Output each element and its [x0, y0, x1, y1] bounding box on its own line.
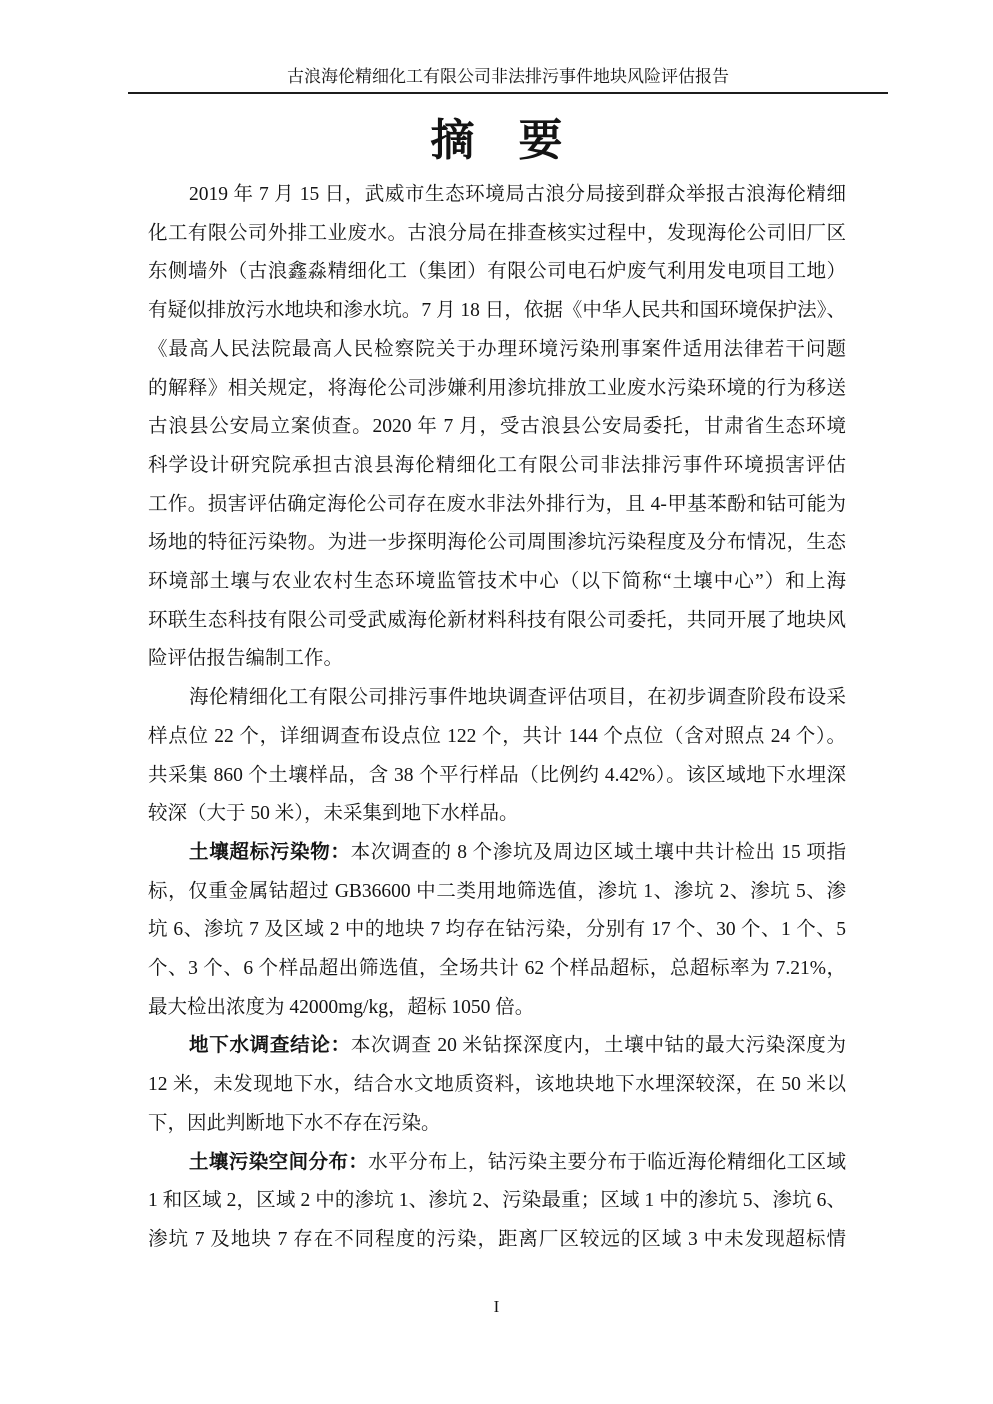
paragraph-lead-rest: 本次调查的 8 个渗坑及周边区域土壤中共计检出 15 项指 — [351, 842, 846, 863]
text-line: 化工有限公司外排工业废水。古浪分局在排查核实过程中，发现海伦公司旧厂区 — [148, 215, 846, 254]
text-line: 标，仅重金属钴超过 GB36600 中二类用地筛选值，渗坑 1、渗坑 2、渗坑 … — [148, 873, 846, 912]
paragraph: 2019 年 7 月 15 日，武威市生态环境局古浪分局接到群众举报古浪海伦精细… — [148, 176, 846, 679]
paragraph: 海伦精细化工有限公司排污事件地块调查评估项目，在初步调查阶段布设采样点位 22 … — [148, 679, 846, 834]
text-line: 环境部土壤与农业农村生态环境监管技术中心（以下简称“土壤中心”）和上海 — [148, 563, 846, 602]
text-line: 2019 年 7 月 15 日，武威市生态环境局古浪分局接到群众举报古浪海伦精细 — [148, 176, 846, 215]
paragraph-lead: 土壤超标污染物： — [189, 842, 351, 863]
paragraph: 土壤超标污染物：本次调查的 8 个渗坑及周边区域土壤中共计检出 15 项指标，仅… — [148, 834, 846, 1028]
text-line: 的解释》相关规定，将海伦公司涉嫌利用渗坑排放工业废水污染环境的行为移送 — [148, 370, 846, 409]
text-line: 最大检出浓度为 42000mg/kg，超标 1050 倍。 — [148, 989, 846, 1028]
text-line: 12 米，未发现地下水，结合水文地质资料，该地块地下水埋深较深，在 50 米以 — [148, 1066, 846, 1105]
paragraph: 土壤污染空间分布：水平分布上，钴污染主要分布于临近海伦精细化工区域1 和区域 2… — [148, 1144, 846, 1260]
running-header: 古浪海伦精细化工有限公司非法排污事件地块风险评估报告 — [128, 66, 888, 94]
text-line: 较深（大于 50 米），未采集到地下水样品。 — [148, 795, 846, 834]
text-line: 坑 6、渗坑 7 及区域 2 中的地块 7 均存在钴污染，分别有 17 个、30… — [148, 911, 846, 950]
text-line: 共采集 860 个土壤样品，含 38 个平行样品（比例约 4.42%）。该区域地… — [148, 757, 846, 796]
text-line: 渗坑 7 及地块 7 存在不同程度的污染，距离厂区较远的区域 3 中未发现超标情 — [148, 1221, 846, 1260]
running-title: 古浪海伦精细化工有限公司非法排污事件地块风险评估报告 — [287, 67, 729, 86]
abstract-title: 摘 要 — [0, 110, 993, 172]
text-line: 1 和区域 2，区域 2 中的渗坑 1、渗坑 2、污染最重；区域 1 中的渗坑 … — [148, 1182, 846, 1221]
page-footer: I — [0, 1296, 993, 1318]
paragraph-lead-rest: 水平分布上，钴污染主要分布于临近海伦精细化工区域 — [368, 1152, 846, 1173]
paragraph-lead: 土壤污染空间分布： — [189, 1152, 368, 1173]
paragraph-lead: 地下水调查结论： — [189, 1035, 351, 1056]
text-line: 场地的特征污染物。为进一步探明海伦公司周围渗坑污染程度及分布情况，生态 — [148, 524, 846, 563]
text-line: 科学设计研究院承担古浪县海伦精细化工有限公司非法排污事件环境损害评估 — [148, 447, 846, 486]
paragraph-lead-rest: 本次调查 20 米钻探深度内，土壤中钴的最大污染深度为 — [351, 1035, 846, 1056]
text-line: 工作。损害评估确定海伦公司存在废水非法外排行为，且 4-甲基苯酚和钴可能为 — [148, 486, 846, 525]
text-line: 土壤污染空间分布：水平分布上，钴污染主要分布于临近海伦精细化工区域 — [148, 1144, 846, 1183]
text-line: 地下水调查结论：本次调查 20 米钻探深度内，土壤中钴的最大污染深度为 — [148, 1027, 846, 1066]
text-line: 环联生态科技有限公司受武威海伦新材料科技有限公司委托，共同开展了地块风 — [148, 602, 846, 641]
text-line: 样点位 22 个，详细调查布设点位 122 个，共计 144 个点位（含对照点 … — [148, 718, 846, 757]
abstract-body: 2019 年 7 月 15 日，武威市生态环境局古浪分局接到群众举报古浪海伦精细… — [148, 176, 846, 1260]
page-number: I — [494, 1297, 500, 1316]
text-line: 有疑似排放污水地块和渗水坑。7 月 18 日，依据《中华人民共和国环境保护法》、 — [148, 292, 846, 331]
paragraph: 地下水调查结论：本次调查 20 米钻探深度内，土壤中钴的最大污染深度为12 米，… — [148, 1027, 846, 1143]
text-line: 古浪县公安局立案侦查。2020 年 7 月，受古浪县公安局委托，甘肃省生态环境 — [148, 408, 846, 447]
text-line: 东侧墙外（古浪鑫淼精细化工（集团）有限公司电石炉废气利用发电项目工地） — [148, 253, 846, 292]
text-line: 土壤超标污染物：本次调查的 8 个渗坑及周边区域土壤中共计检出 15 项指 — [148, 834, 846, 873]
text-line: 《最高人民法院最高人民检察院关于办理环境污染刑事案件适用法律若干问题 — [148, 331, 846, 370]
text-line: 海伦精细化工有限公司排污事件地块调查评估项目，在初步调查阶段布设采 — [148, 679, 846, 718]
text-line: 下，因此判断地下水不存在污染。 — [148, 1105, 846, 1144]
text-line: 险评估报告编制工作。 — [148, 640, 846, 679]
document-page: 古浪海伦精细化工有限公司非法排污事件地块风险评估报告 摘 要 2019 年 7 … — [0, 0, 993, 1404]
text-line: 个、3 个、6 个样品超出筛选值，全场共计 62 个样品超标，总超标率为 7.2… — [148, 950, 846, 989]
